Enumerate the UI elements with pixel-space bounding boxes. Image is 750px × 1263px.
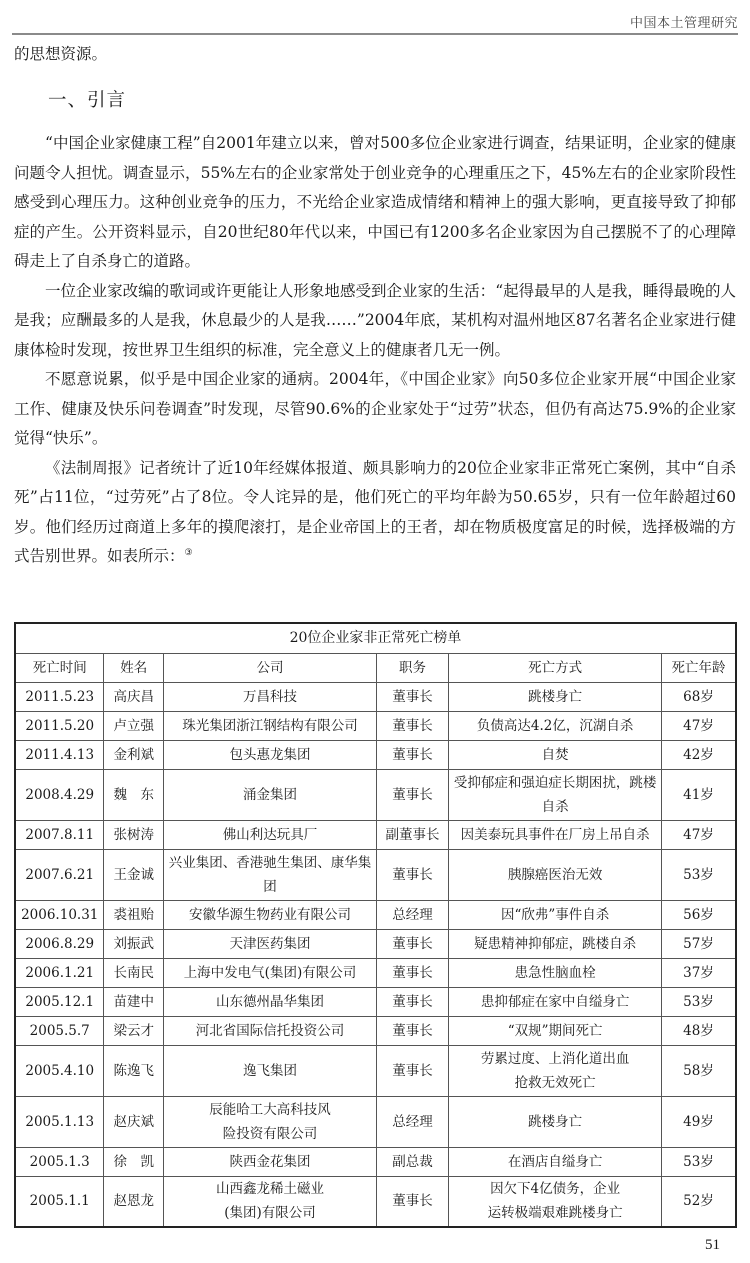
page-number: 51 [705,1237,720,1254]
cell-date: 2006.10.31 [15,900,104,929]
cell-position: 董事长 [376,987,448,1016]
table-title: 20位企业家非正常死亡榜单 [15,623,736,653]
cell-age: 42岁 [662,740,736,769]
cell-name: 苗建中 [104,987,164,1016]
cell-position: 董事长 [376,769,448,820]
cell-name: 梁云才 [104,1016,164,1045]
cell-position: 副董事长 [376,820,448,849]
column-header-name: 姓名 [104,653,164,682]
cell-position: 董事长 [376,711,448,740]
cell-company: 山东德州晶华集团 [164,987,377,1016]
table-header-row: 死亡时间 姓名 公司 职务 死亡方式 死亡年龄 [15,653,736,682]
table-row: 2006.10.31 裘祖贻 安徽华源生物药业有限公司 总经理 因“欣弗”事件自… [15,900,736,929]
paragraph-4-text: 《法制周报》记者统计了近10年经媒体报道、颇具影响力的20位企业家非正常死亡案例… [14,459,736,566]
cell-name: 张树涛 [104,820,164,849]
cell-position: 总经理 [376,900,448,929]
paragraph-3: 不愿意说累，似乎是中国企业家的通病。2004年，《中国企业家》向50多位企业家开… [14,365,736,454]
cell-age: 48岁 [662,1016,736,1045]
cell-cause: 因欠下4亿债务，企业运转极端艰难跳楼身亡 [449,1176,662,1227]
cell-date: 2005.5.7 [15,1016,104,1045]
table-row: 2007.6.21 王金诚 兴业集团、香港驰生集团、康华集团 董事长 胰腺癌医治… [15,849,736,900]
cell-company: 包头惠龙集团 [164,740,377,769]
table-row: 2007.8.11 张树涛 佛山利达玩具厂 副董事长 因美泰玩具事件在厂房上吊自… [15,820,736,849]
cell-age: 47岁 [662,711,736,740]
cell-cause: 负债高达4.2亿，沉湖自杀 [449,711,662,740]
paragraph-1: “中国企业家健康工程”自2001年建立以来，曾对500多位企业家进行调查，结果证… [14,129,736,277]
cell-position: 董事长 [376,740,448,769]
header-rule [12,33,738,35]
cell-cause: 劳累过度、上消化道出血抢救无效死亡 [449,1045,662,1096]
cell-company: 珠光集团浙江钢结构有限公司 [164,711,377,740]
deaths-table: 20位企业家非正常死亡榜单 死亡时间 姓名 公司 职务 死亡方式 死亡年龄 20… [14,622,737,1228]
cell-date: 2005.1.3 [15,1147,104,1176]
cell-position: 董事长 [376,1045,448,1096]
cell-date: 2008.4.29 [15,769,104,820]
cell-position: 副总裁 [376,1147,448,1176]
column-header-position: 职务 [376,653,448,682]
cell-company: 兴业集团、香港驰生集团、康华集团 [164,849,377,900]
cell-age: 49岁 [662,1096,736,1147]
cell-date: 2006.8.29 [15,929,104,958]
table-row: 2006.8.29 刘振武 天津医药集团 董事长 疑患精神抑郁症，跳楼自杀 57… [15,929,736,958]
cell-date: 2007.8.11 [15,820,104,849]
cell-name: 王金诚 [104,849,164,900]
cell-cause: “双规”期间死亡 [449,1016,662,1045]
cell-position: 总经理 [376,1096,448,1147]
cell-name: 赵庆斌 [104,1096,164,1147]
table-row: 2005.12.1 苗建中 山东德州晶华集团 董事长 患抑郁症在家中自缢身亡 5… [15,987,736,1016]
cell-cause: 受抑郁症和强迫症长期困扰，跳楼自杀 [449,769,662,820]
paragraph-4: 《法制周报》记者统计了近10年经媒体报道、颇具影响力的20位企业家非正常死亡案例… [14,454,736,572]
table-row: 2005.1.1 赵恩龙 山西鑫龙稀土磁业(集团)有限公司 董事长 因欠下4亿债… [15,1176,736,1227]
cell-date: 2005.4.10 [15,1045,104,1096]
cell-cause: 患抑郁症在家中自缢身亡 [449,987,662,1016]
cell-age: 57岁 [662,929,736,958]
table-row: 2011.5.23 高庆昌 万昌科技 董事长 跳楼身亡 68岁 [15,682,736,711]
body-text: “中国企业家健康工程”自2001年建立以来，曾对500多位企业家进行调查，结果证… [14,129,736,572]
table-row: 2011.4.13 金利斌 包头惠龙集团 董事长 自焚 42岁 [15,740,736,769]
table-row: 2005.1.3 徐 凯 陕西金花集团 副总裁 在酒店自缢身亡 53岁 [15,1147,736,1176]
cell-position: 董事长 [376,1176,448,1227]
section-heading: 一、引言 [48,86,126,116]
cell-date: 2006.1.21 [15,958,104,987]
cell-company: 逸飞集团 [164,1045,377,1096]
cell-age: 47岁 [662,820,736,849]
cell-position: 董事长 [376,929,448,958]
column-header-age: 死亡年龄 [662,653,736,682]
cell-age: 68岁 [662,682,736,711]
cell-age: 56岁 [662,900,736,929]
cell-age: 41岁 [662,769,736,820]
cell-company: 山西鑫龙稀土磁业(集团)有限公司 [164,1176,377,1227]
cell-company: 涌金集团 [164,769,377,820]
column-header-cause: 死亡方式 [449,653,662,682]
table-row: 2011.5.20 卢立强 珠光集团浙江钢结构有限公司 董事长 负债高达4.2亿… [15,711,736,740]
cell-cause: 自焚 [449,740,662,769]
running-header-journal-title: 中国本土管理研究 [630,12,738,31]
cell-age: 58岁 [662,1045,736,1096]
continued-text: 的思想资源。 [14,40,107,69]
table-row: 2006.1.21 长南民 上海中发电气(集团)有限公司 董事长 患急性脑血栓 … [15,958,736,987]
cell-company: 陕西金花集团 [164,1147,377,1176]
cell-company: 天津医药集团 [164,929,377,958]
cell-position: 董事长 [376,682,448,711]
cell-company: 安徽华源生物药业有限公司 [164,900,377,929]
cell-company: 万昌科技 [164,682,377,711]
cell-company: 河北省国际信托投资公司 [164,1016,377,1045]
table-row: 2005.4.10 陈逸飞 逸飞集团 董事长 劳累过度、上消化道出血抢救无效死亡… [15,1045,736,1096]
cell-name: 裘祖贻 [104,900,164,929]
footnote-marker: ③ [185,548,193,558]
cell-name: 魏 东 [104,769,164,820]
cell-name: 长南民 [104,958,164,987]
cell-cause: 疑患精神抑郁症，跳楼自杀 [449,929,662,958]
cell-company: 辰能哈工大高科技风险投资有限公司 [164,1096,377,1147]
cell-age: 53岁 [662,1147,736,1176]
cell-age: 52岁 [662,1176,736,1227]
cell-name: 高庆昌 [104,682,164,711]
cell-company: 佛山利达玩具厂 [164,820,377,849]
cell-cause: 因美泰玩具事件在厂房上吊自杀 [449,820,662,849]
cell-date: 2005.1.13 [15,1096,104,1147]
cell-name: 陈逸飞 [104,1045,164,1096]
cell-cause: 跳楼身亡 [449,682,662,711]
cell-date: 2005.12.1 [15,987,104,1016]
cell-cause: 跳楼身亡 [449,1096,662,1147]
cell-date: 2011.5.23 [15,682,104,711]
column-header-company: 公司 [164,653,377,682]
cell-name: 徐 凯 [104,1147,164,1176]
cell-company: 上海中发电气(集团)有限公司 [164,958,377,987]
cell-cause: 胰腺癌医治无效 [449,849,662,900]
cell-position: 董事长 [376,958,448,987]
cell-name: 刘振武 [104,929,164,958]
table-row: 2005.1.13 赵庆斌 辰能哈工大高科技风险投资有限公司 总经理 跳楼身亡 … [15,1096,736,1147]
cell-cause: 因“欣弗”事件自杀 [449,900,662,929]
cell-age: 53岁 [662,849,736,900]
cell-cause: 在酒店自缢身亡 [449,1147,662,1176]
cell-name: 赵恩龙 [104,1176,164,1227]
cell-cause: 患急性脑血栓 [449,958,662,987]
cell-date: 2007.6.21 [15,849,104,900]
cell-date: 2011.4.13 [15,740,104,769]
cell-position: 董事长 [376,849,448,900]
table-row: 2005.5.7 梁云才 河北省国际信托投资公司 董事长 “双规”期间死亡 48… [15,1016,736,1045]
cell-name: 金利斌 [104,740,164,769]
cell-date: 2005.1.1 [15,1176,104,1227]
cell-name: 卢立强 [104,711,164,740]
cell-position: 董事长 [376,1016,448,1045]
cell-date: 2011.5.20 [15,711,104,740]
table-row: 2008.4.29 魏 东 涌金集团 董事长 受抑郁症和强迫症长期困扰，跳楼自杀… [15,769,736,820]
cell-age: 37岁 [662,958,736,987]
column-header-date: 死亡时间 [15,653,104,682]
cell-age: 53岁 [662,987,736,1016]
paragraph-2: 一位企业家改编的歌词或许更能让人形象地感受到企业家的生活：“起得最早的人是我，睡… [14,277,736,366]
